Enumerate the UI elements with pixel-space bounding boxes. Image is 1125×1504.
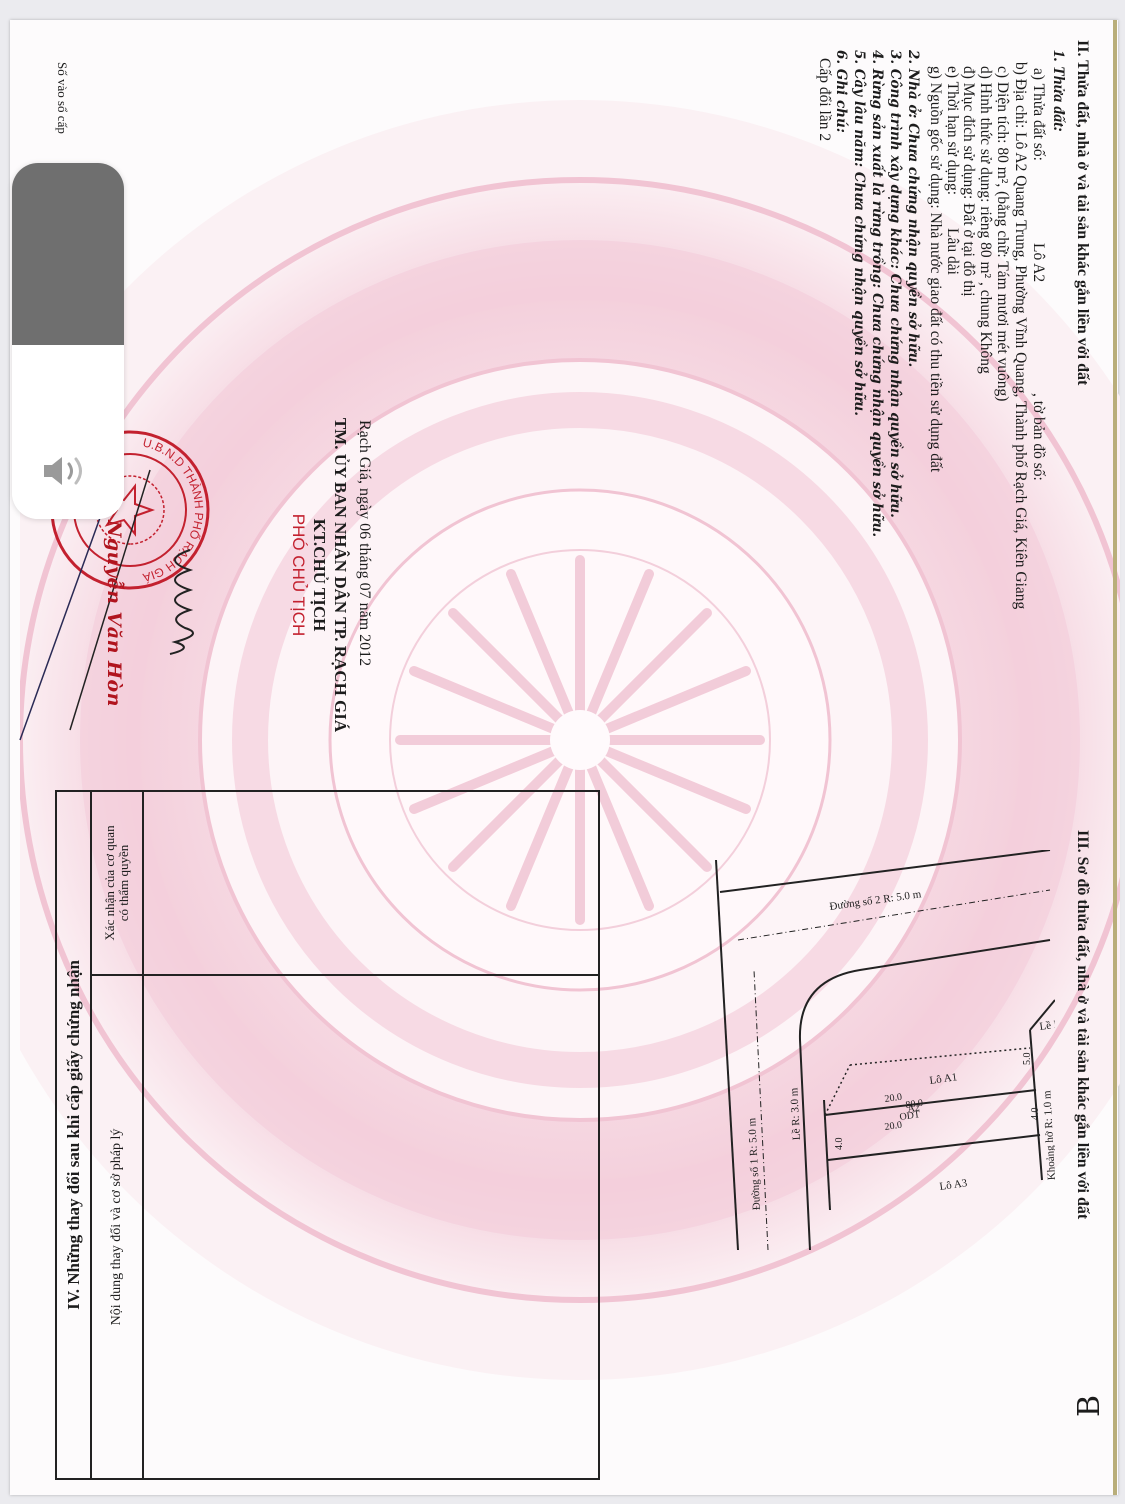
issuing-authority: TM. ỦY BAN NHÂN DÂN TP. RẠCH GIÁ: [330, 380, 350, 770]
col-change-content: Nội dung thay đổi và cơ sở pháp lý: [92, 976, 142, 1478]
volume-hud[interactable]: [12, 163, 124, 519]
svg-text:Khoảng hở R: 1.0 m: Khoảng hở R: 1.0 m: [1041, 1090, 1055, 1181]
parcel-heading: 1. Thửa đất:: [1049, 50, 1067, 132]
col-authority-confirmation: Xác nhận của cơ quancó thẩm quyền: [92, 792, 142, 976]
svg-text:Lô A3: Lô A3: [939, 1177, 969, 1193]
svg-text:4.0: 4.0: [1030, 1108, 1041, 1121]
changes-table: IV. Những thay đổi sau khi cấp giấy chứn…: [55, 790, 600, 1480]
certificate-content: II. Thửa đất, nhà ở và tài sản khác gắn …: [0, 0, 1125, 1504]
svg-text:Lề R: 3.0 m: Lề R: 3.0 m: [788, 1087, 803, 1141]
changes-table-body: [142, 974, 598, 976]
item-notes-heading: 6. Ghi chú:: [833, 50, 849, 133]
volume-level[interactable]: [12, 345, 124, 519]
place-date: Rạch Giá, ngày 06 tháng 07 năm 2012: [355, 420, 373, 666]
usage-origin-line: g) Nguồn gốc sử dụng: Nhà nước giao đất …: [926, 66, 944, 472]
item-other-construction: 3. Công trình xây dựng khác: Chưa chứng …: [887, 50, 903, 518]
signer-title-kt: KT.CHỦ TỊCH: [309, 380, 329, 770]
svg-text:4.0: 4.0: [834, 1138, 845, 1151]
volume-track[interactable]: [12, 163, 124, 345]
usage-term-value: Lâu dài: [943, 228, 961, 275]
area-line: c) Diện tích: 80 m², (bằng chữ: Tám mươi…: [993, 66, 1011, 401]
svg-text:Lô A1: Lô A1: [929, 1071, 958, 1087]
registry-number-label: Số vào sổ cấp: [54, 62, 70, 134]
usage-form-line: d) Hình thức sử dụng: riêng 80 m² , chun…: [976, 66, 994, 374]
signer-title-vice: PHÓ CHỦ TỊCH: [288, 380, 308, 770]
address-line: b) Địa chỉ: Lô A2 Quang Trung, Phường Vĩ…: [1011, 62, 1029, 609]
usage-term-label: e) Thời hạn sử dụng:: [943, 66, 961, 195]
svg-text:5.0: 5.0: [1022, 1053, 1033, 1066]
screen: II. Thửa đất, nhà ở và tài sản khác gắn …: [0, 0, 1125, 1504]
parcel-number-value: Lô A2: [1029, 243, 1047, 282]
map-sheet-label: , tờ bản đồ số:: [1029, 393, 1047, 481]
section-iii-heading: III. Sơ đồ thửa đất, nhà ở và tài sản kh…: [1073, 830, 1091, 1219]
usage-purpose-line: đ) Mục đích sử dụng: Đất ở tại đô thị: [959, 66, 977, 297]
svg-text:Đường số 2 R: 5.0 m: Đường số 2 R: 5.0 m: [829, 888, 923, 913]
svg-text:Đường số 1 R: 5.0 m: Đường số 1 R: 5.0 m: [746, 1117, 763, 1210]
svg-text:20.0: 20.0: [884, 1092, 903, 1105]
speaker-icon: [12, 451, 124, 491]
item-house: 2. Nhà ở: Chưa chứng nhận quyền sở hữu.: [905, 50, 921, 367]
section-iv-heading: IV. Những thay đổi sau khi cấp giấy chứn…: [57, 792, 92, 1478]
svg-text:80.0: 80.0: [905, 1098, 924, 1111]
signer-name: Nguyễn Văn Hòn: [103, 520, 125, 707]
section-ii-heading: II. Thửa đất, nhà ở và tài sản khác gắn …: [1073, 40, 1091, 385]
parcel-diagram: Đường số 1 R: 5.0 m Lề R: 3.0 m 4.0 4.0 …: [710, 850, 1055, 1270]
parcel-number-label: a) Thửa đất số:: [1029, 68, 1047, 161]
item-perennial: 5. Cây lâu năm: Chưa chứng nhận quyền sở…: [851, 50, 867, 416]
item-forest: 4. Rừng sản xuất là rừng trồng: Chưa chứ…: [869, 50, 885, 537]
page-marker-b: B: [1072, 1395, 1107, 1417]
changes-table-header: Nội dung thay đổi và cơ sở pháp lý Xác n…: [92, 792, 144, 1478]
item-notes-value: Cấp đổi lần 2: [815, 58, 833, 141]
